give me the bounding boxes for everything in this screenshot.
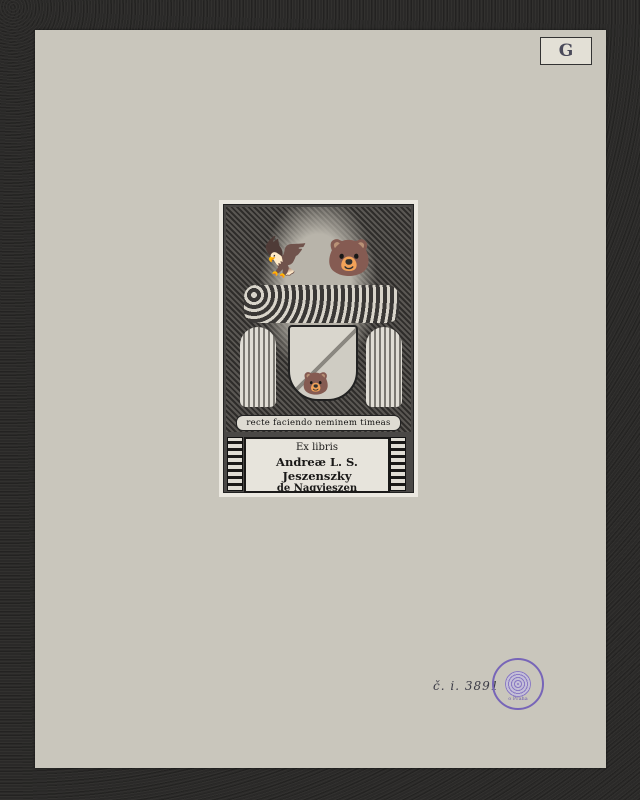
helmet-mantling — [244, 285, 399, 323]
stamp-text: o Praha — [494, 696, 542, 702]
institution-stamp: o Praha — [492, 658, 544, 710]
inventory-number: č. i. 3891 — [433, 679, 499, 693]
bear-icon: 🐻 — [326, 237, 372, 281]
ornament-left — [227, 437, 243, 491]
motto-banner: recte faciendo neminem timeas — [236, 415, 401, 431]
lion-supporter-right — [366, 327, 402, 407]
eagle-icon: 🦅 — [262, 237, 306, 277]
ex-libris-label: Ex libris Andreæ L. S. Jeszenszky de Nag… — [244, 437, 390, 493]
lion-supporter-left — [240, 327, 276, 407]
corner-label: G — [540, 37, 592, 65]
owner-name: Andreæ L. S. Jeszenszky — [246, 455, 388, 483]
heraldic-engraving: 🦅 🐻 🐻 recte faciendo neminem timeas — [226, 207, 411, 432]
ex-libris-heading: Ex libris — [246, 442, 388, 453]
ornament-right — [390, 437, 406, 491]
bookplate: 🦅 🐻 🐻 recte faciendo neminem timeas Ex l… — [219, 200, 418, 497]
shield-bear-icon: 🐻 — [302, 372, 329, 397]
mounting-card: G 🦅 🐻 🐻 recte faciendo neminem timeas Ex… — [35, 30, 606, 768]
bookplate-frame: 🦅 🐻 🐻 recte faciendo neminem timeas Ex l… — [223, 204, 414, 493]
stamp-emblem-icon — [505, 671, 531, 697]
owner-title: de Nagyjeszen — [246, 483, 388, 494]
